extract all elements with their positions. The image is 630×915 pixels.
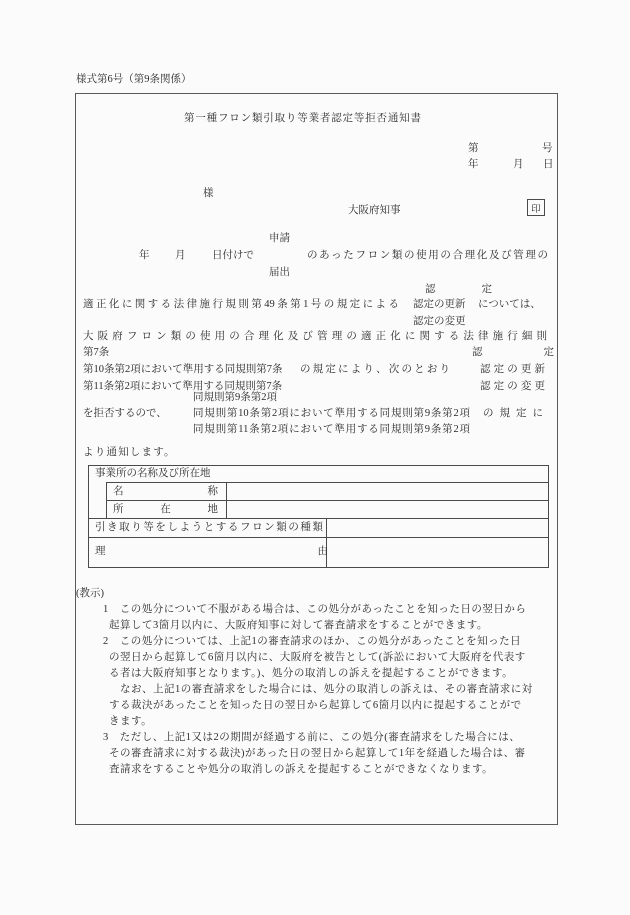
document-title: 第一種フロン類引取り等業者認定等拒否通知書	[184, 112, 421, 125]
notes-line: 1 この処分について不服がある場合は、この処分があったことを知った日の翌日から	[103, 603, 526, 616]
body-line2: 適正化に関する法律施行規則第49条第1号の規定による	[83, 298, 399, 311]
table-divider	[106, 482, 107, 518]
issue-date-month-label: 月	[513, 158, 524, 171]
issuer-name: 大阪府知事	[348, 204, 401, 217]
body-date-year-label: 年	[139, 249, 150, 262]
cert-option1-nintei: 認定	[425, 283, 492, 296]
office-header-label: 事業所の名称及び所在地	[95, 467, 211, 480]
rule-option-b: 第10条第2項において準用する同規則第7条	[83, 363, 283, 376]
business-info-table: 事業所の名称及び所在地 名称 所在地 引き取り等をしようとするフロン類の種類 理…	[88, 465, 549, 568]
body-line3: 大阪府フロン類の使用の合理化及び管理の適正化に関する法律施行細則	[83, 330, 547, 343]
cert-option1-renewal: 認定の更新	[413, 298, 466, 311]
issue-number-prefix: 第	[468, 142, 479, 155]
reason-label: 理由	[95, 545, 328, 558]
notes-line: の翌日から起算して6箇月以内に、大阪府を被告として(訴訟において大阪府を代表す	[109, 651, 526, 664]
body-line4-mid: の規定により、次のとおり	[300, 363, 450, 376]
notes-line: きます。	[109, 715, 152, 728]
table-divider	[89, 518, 548, 519]
refusal-lead: を拒否するので、	[83, 407, 167, 420]
cert-option2-change: 認定の変更	[480, 380, 545, 393]
cert-option2-nintei: 認定	[472, 346, 554, 359]
form-number-label: 様式第6号（第9条関係）	[76, 73, 192, 86]
option-notification: 届出	[269, 266, 290, 279]
seal-character: 印	[531, 201, 541, 215]
freon-type-label: 引き取り等をしようとするフロン類の種類	[95, 521, 323, 534]
body-date-month-label: 月	[175, 249, 186, 262]
body-line5-tail: の規定に	[483, 407, 543, 420]
notes-line: る者は大阪府知事となります。)、処分の取消しの訴えを提起することができます。	[109, 667, 513, 680]
body-date-day-label: 日付けで	[212, 249, 254, 262]
table-divider	[326, 518, 327, 567]
office-address-label: 所在地	[113, 503, 218, 516]
office-name-label: 名称	[113, 485, 218, 498]
seal-box: 印	[527, 199, 545, 216]
refusal-rule-option-c: 同規則第11条第2項において準用する同規則第9条第2項	[193, 423, 470, 436]
notes-heading: (教示)	[76, 587, 104, 600]
issue-date-day-label: 日	[543, 158, 554, 171]
refusal-rule-option-b: 同規則第10条第2項において準用する同規則第9条第2項	[193, 407, 470, 420]
body-line1-tail: のあったフロン類の使用の合理化及び管理の	[307, 249, 548, 262]
refusal-rule-option-a: 同規則第9条第2項	[193, 391, 277, 404]
document-page: 様式第6号（第9条関係） 第一種フロン類引取り等業者認定等拒否通知書 第 号 年…	[0, 0, 630, 915]
notes-line: する裁決があったことを知った日の翌日から起算して6箇月以内に提起することがで	[109, 699, 522, 712]
body-line2-tail: については、	[478, 298, 541, 311]
cert-option1-change: 認定の変更	[413, 315, 466, 328]
rule-option-a: 第7条	[83, 346, 109, 359]
body-line6: より通知します。	[83, 446, 176, 459]
addressee-suffix-label: 様	[203, 187, 214, 200]
notes-line: 3 ただし、上記1又は2の期間が経過する前に、この処分(審査請求をした場合には、	[103, 731, 520, 744]
notes-line: 2 この処分については、上記1の審査請求のほか、この処分があったことを知った日	[103, 635, 521, 648]
cert-option2-renewal: 認定の更新	[480, 363, 545, 376]
table-divider	[106, 500, 548, 501]
issue-number-suffix: 号	[542, 142, 553, 155]
table-divider	[226, 482, 227, 518]
notes-line: その審査請求に対する裁決)があった日の翌日から起算して1年を経過した場合は、審	[109, 747, 526, 760]
issue-date-year-label: 年	[468, 158, 479, 171]
notes-line: なお、上記1の審査請求をした場合には、処分の取消しの訴えは、その審査請求に対	[120, 683, 533, 696]
notes-line: 起算して3箇月以内に、大阪府知事に対して審査請求をすることができます。	[109, 619, 488, 632]
option-application: 申請	[269, 232, 290, 245]
table-divider	[89, 537, 548, 538]
table-divider	[106, 482, 548, 483]
notes-line: 査請求をすることや処分の取消しの訴えを提起することができなくなります。	[109, 763, 493, 776]
